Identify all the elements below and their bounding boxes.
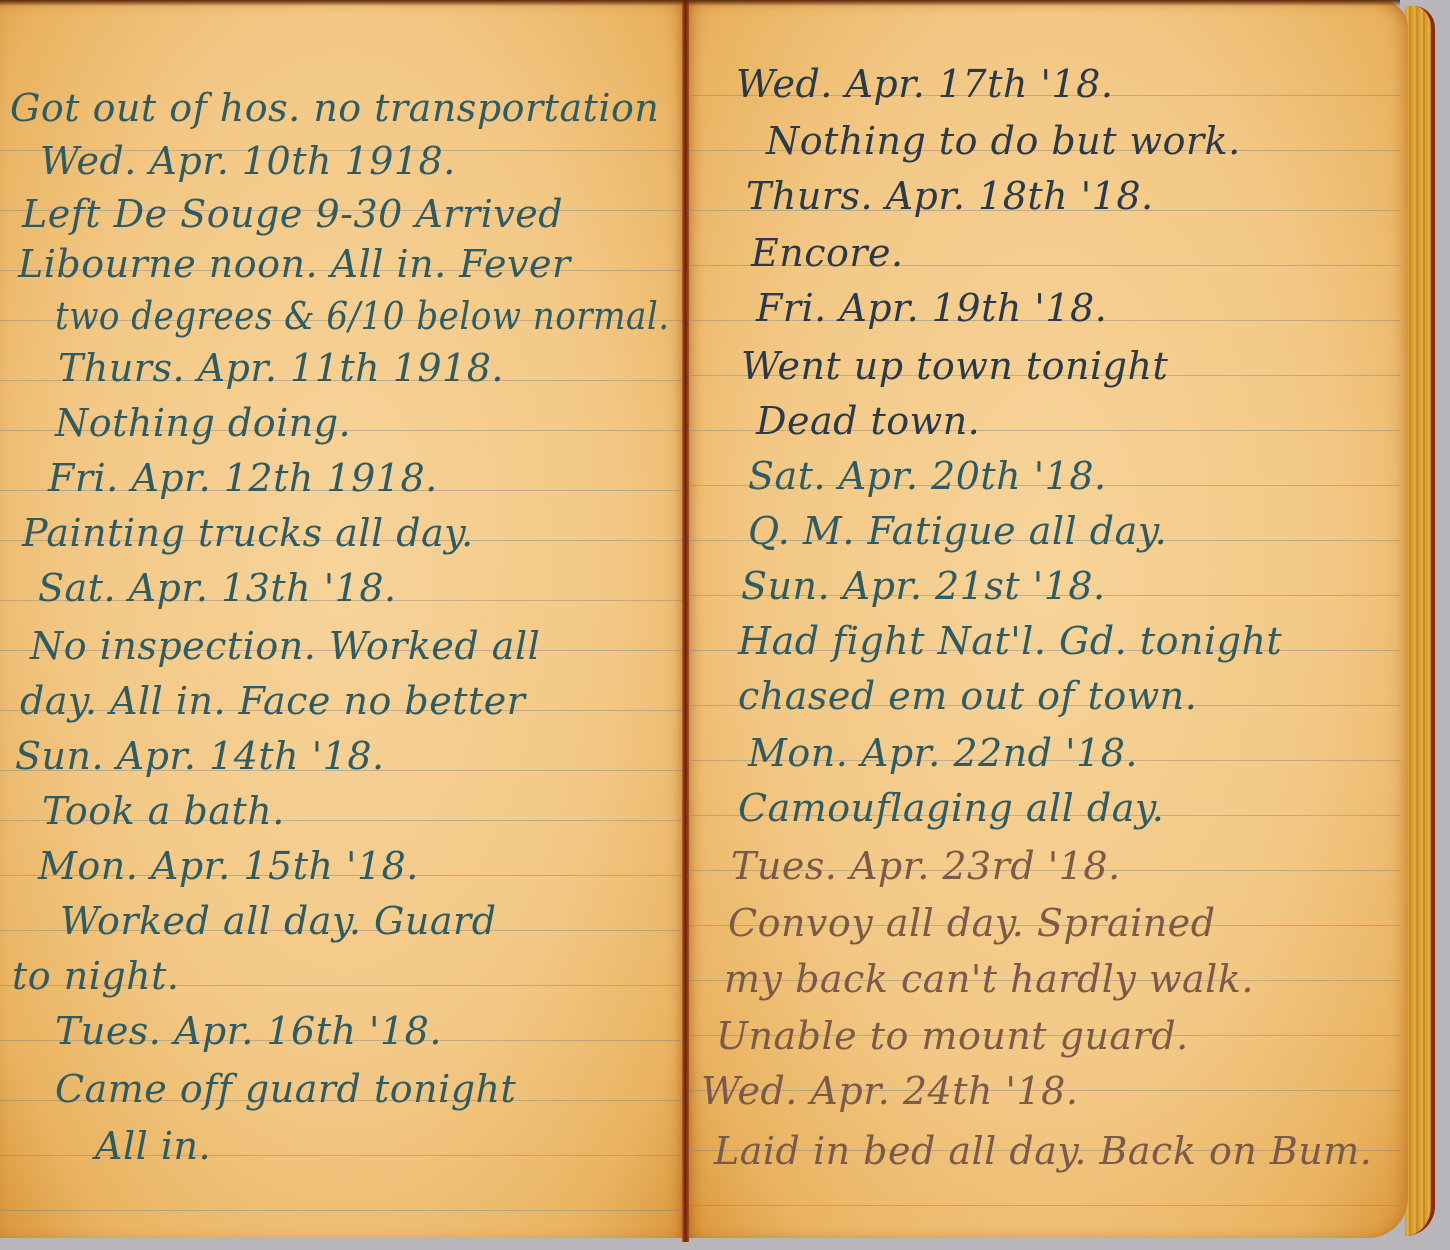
diary-line: Had fight Nat'l. Gd. tonight	[738, 619, 1282, 663]
diary-date-heading: Thurs. Apr. 18th '18.	[746, 174, 1154, 218]
diary-date-heading: Thurs. Apr. 11th 1918.	[58, 346, 504, 390]
diary-date-heading: Mon. Apr. 22nd '18.	[748, 731, 1138, 775]
diary-date-heading: Fri. Apr. 19th '18.	[756, 286, 1107, 330]
ruled-line	[690, 1205, 1400, 1206]
diary-line: Nothing to do but work.	[766, 119, 1241, 163]
diary-date-heading: Mon. Apr. 15th '18.	[38, 844, 419, 888]
diary-date-heading: Tues. Apr. 16th '18.	[55, 1009, 442, 1053]
diary-line: Encore.	[751, 231, 904, 275]
diary-line: Convoy all day. Sprained	[728, 901, 1216, 945]
diary-line: day. All in. Face no better	[20, 679, 525, 723]
diary-date-heading: Wed. Apr. 17th '18.	[736, 62, 1113, 106]
diary-line: my back can't hardly walk.	[724, 957, 1254, 1001]
diary-line: Unable to mount guard.	[716, 1014, 1189, 1058]
diary-line: No inspection. Worked all	[30, 624, 540, 668]
diary-line: Libourne noon. All in. Fever	[18, 242, 571, 286]
diary-line: Dead town.	[756, 399, 980, 443]
diary-line: Got out of hos. no transportation	[10, 86, 659, 130]
diary-line: Q. M. Fatigue all day.	[748, 509, 1167, 553]
diary-date-heading: Sat. Apr. 20th '18.	[748, 454, 1107, 498]
diary-date-heading: Sun. Apr. 14th '18.	[15, 734, 385, 778]
diary-date-heading: Sat. Apr. 13th '18.	[38, 566, 397, 610]
book-spine	[682, 0, 689, 1242]
diary-date-heading: Wed. Apr. 10th 1918.	[40, 139, 456, 183]
page-edges	[1405, 6, 1435, 1236]
ruled-line	[0, 1210, 682, 1211]
diary-line: Came off guard tonight	[55, 1067, 516, 1111]
diary-date-heading: Sun. Apr. 21st '18.	[741, 564, 1106, 608]
diary-date-heading: Fri. Apr. 12th 1918.	[48, 456, 438, 500]
diary-line: Took a bath.	[42, 789, 285, 833]
diary-date-heading: Tues. Apr. 23rd '18.	[731, 844, 1121, 888]
diary-date-heading: Wed. Apr. 24th '18.	[701, 1069, 1078, 1113]
diary-line: to night.	[12, 954, 180, 998]
diary-line: chased em out of town.	[738, 674, 1197, 718]
top-edge-shadow	[0, 0, 1400, 6]
diary-line: two degrees & 6/10 below normal.	[55, 294, 670, 338]
diary-line: Painting trucks all day.	[22, 511, 474, 555]
diary-line: Went up town tonight	[741, 344, 1168, 388]
diary-line: Laid in bed all day. Back on Bum.	[714, 1129, 1372, 1173]
diary-line: Nothing doing.	[55, 401, 351, 445]
diary-line: Worked all day. Guard	[60, 899, 497, 943]
diary-line: Left De Souge 9-30 Arrived	[22, 192, 563, 236]
diary-line: All in.	[95, 1124, 211, 1168]
diary-line: Camouflaging all day.	[738, 786, 1164, 830]
